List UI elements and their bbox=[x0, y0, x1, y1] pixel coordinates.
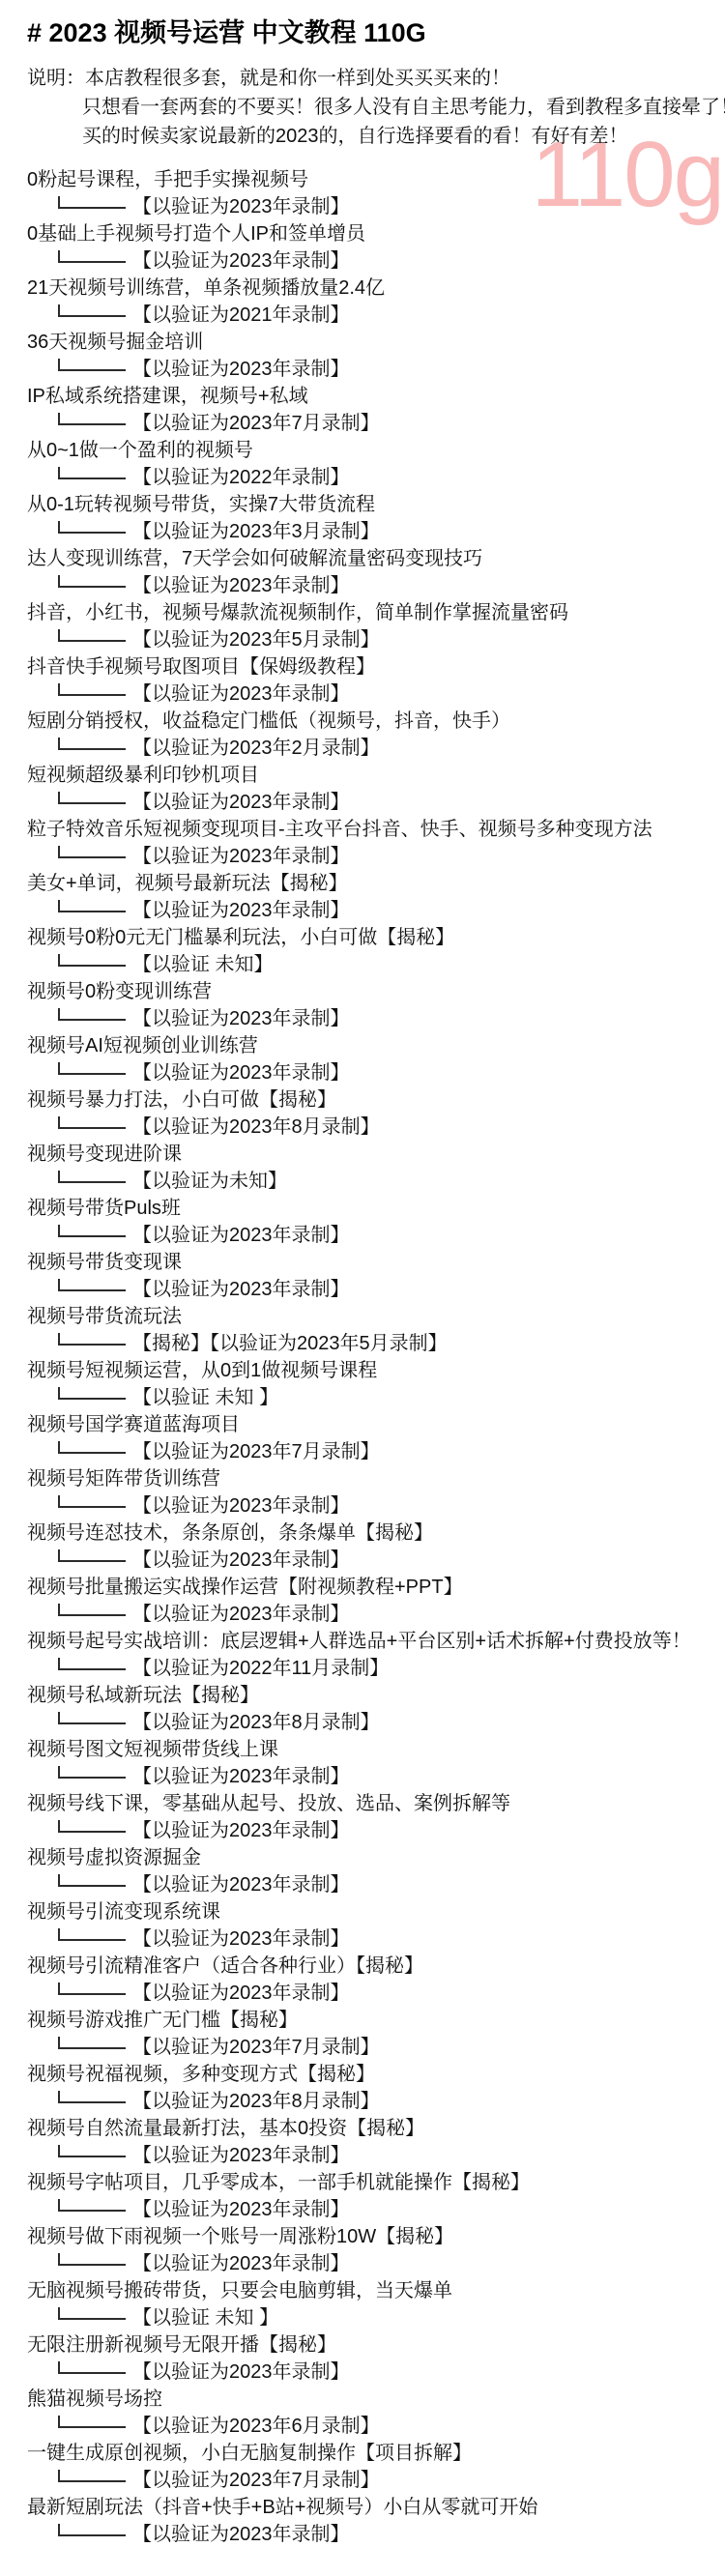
course-title: 视频号短视频运营，从0到1做视频号课程 bbox=[27, 1357, 708, 1384]
tree-branch-icon bbox=[58, 2199, 126, 2212]
tree-branch-icon bbox=[58, 1604, 126, 1616]
course-note-row: 【以验证 未知 】 bbox=[27, 1384, 708, 1411]
course-note: 【以验证为2023年7月录制】 bbox=[132, 2470, 380, 2491]
tree-branch-icon bbox=[58, 1983, 126, 1995]
tree-branch-icon bbox=[58, 954, 126, 967]
course-item: 抖音快手视频号取图项目【保姆级教程】 【以验证为2023年录制】 bbox=[27, 653, 708, 708]
tree-branch-icon bbox=[58, 1712, 126, 1724]
course-item: 36天视频号掘金培训 【以验证为2023年录制】 bbox=[27, 329, 708, 383]
course-item: 视频号线下课，零基础从起号、投放、选品、案例拆解等 【以验证为2023年录制】 bbox=[27, 1790, 708, 1844]
course-title: 短剧分销授权，收益稳定门槛低（视频号，抖音，快手） bbox=[27, 708, 708, 735]
course-note: 【以验证为2023年7月录制】 bbox=[132, 2037, 380, 2058]
course-note-row: 【以验证为2023年录制】 bbox=[27, 1059, 708, 1086]
course-title: 视频号引流变现系统课 bbox=[27, 1898, 708, 1925]
page-title: # 2023 视频号运营 中文教程 110G bbox=[27, 14, 708, 52]
course-item: 视频号引流变现系统课 【以验证为2023年录制】 bbox=[27, 1898, 708, 1953]
course-note: 【以验证为2023年录制】 bbox=[132, 1983, 350, 2004]
tree-branch-icon bbox=[58, 1549, 126, 1562]
course-title: 视频号0粉变现训练营 bbox=[27, 978, 708, 1005]
course-note: 【以验证为2023年录制】 bbox=[132, 2524, 350, 2545]
course-title: 熊猫视频号场控 bbox=[27, 2386, 708, 2413]
course-note-row: 【以验证为2022年录制】 bbox=[27, 464, 708, 491]
course-note-row: 【以验证为2023年录制】 bbox=[27, 193, 708, 220]
course-item: 视频号批量搬运实战操作运营【附视频教程+PPT】 【以验证为2023年录制】 bbox=[27, 1574, 708, 1628]
course-item: 视频号游戏推广无门槛【揭秘】 【以验证为2023年7月录制】 bbox=[27, 2007, 708, 2061]
course-note: 【以验证为2021年录制】 bbox=[132, 304, 350, 326]
course-item: 视频号祝福视频，多种变现方式【揭秘】 【以验证为2023年8月录制】 bbox=[27, 2061, 708, 2115]
course-note: 【以验证为2023年录制】 bbox=[132, 2145, 350, 2166]
course-note: 【以验证为2023年2月录制】 bbox=[132, 738, 380, 759]
course-title: 视频号引流精准客户（适合各种行业）【揭秘】 bbox=[27, 1953, 708, 1980]
course-note-row: 【以验证为2023年录制】 bbox=[27, 843, 708, 870]
tree-branch-icon bbox=[58, 196, 126, 209]
tree-branch-icon bbox=[58, 1225, 126, 1237]
course-item: 视频号0粉0元无门槛暴利玩法，小白可做【揭秘】 【以验证 未知】 bbox=[27, 924, 708, 978]
tree-branch-icon bbox=[58, 2091, 126, 2103]
course-item: 最新短剧玩法（抖音+快手+B站+视频号）小白从零就可开始 【以验证为2023年录… bbox=[27, 2494, 708, 2548]
course-item: 美女+单词，视频号最新玩法【揭秘】 【以验证为2023年录制】 bbox=[27, 870, 708, 924]
note-line-1: 说明：本店教程很多套，就是和你一样到处买买买来的！ bbox=[27, 64, 708, 93]
course-item: 视频号虚拟资源掘金 【以验证为2023年录制】 bbox=[27, 1844, 708, 1898]
course-item: 粒子特效音乐短视频变现项目-主攻平台抖音、快手、视频号多种变现方法 【以验证为2… bbox=[27, 816, 708, 870]
course-item: 从0-1玩转视频号带货，实操7大带货流程 【以验证为2023年3月录制】 bbox=[27, 491, 708, 545]
course-note: 【以验证为2023年录制】 bbox=[132, 2199, 350, 2220]
tree-branch-icon bbox=[58, 2307, 126, 2320]
course-item: 视频号短视频运营，从0到1做视频号课程 【以验证 未知 】 bbox=[27, 1357, 708, 1411]
tree-branch-icon bbox=[58, 2361, 126, 2374]
course-note-row: 【揭秘】【以验证为2023年5月录制】 bbox=[27, 1330, 708, 1357]
course-note-row: 【以验证为2023年录制】 bbox=[27, 680, 708, 708]
course-note-row: 【以验证 未知】 bbox=[27, 951, 708, 978]
course-note-row: 【以验证为2023年5月录制】 bbox=[27, 626, 708, 653]
course-note-row: 【以验证为2023年8月录制】 bbox=[27, 2088, 708, 2115]
course-title: 视频号字帖项目，几乎零成本，一部手机就能操作【揭秘】 bbox=[27, 2169, 708, 2196]
course-item: 视频号暴力打法，小白可做【揭秘】 【以验证为2023年8月录制】 bbox=[27, 1086, 708, 1141]
course-title: 视频号虚拟资源掘金 bbox=[27, 1844, 708, 1871]
tree-branch-icon bbox=[58, 2253, 126, 2266]
course-note: 【以验证为2023年录制】 bbox=[132, 2253, 350, 2274]
course-note-row: 【以验证为2023年录制】 bbox=[27, 1492, 708, 1520]
course-note-row: 【以验证为2023年8月录制】 bbox=[27, 1709, 708, 1736]
course-item: 视频号国学赛道蓝海项目 【以验证为2023年7月录制】 bbox=[27, 1411, 708, 1465]
course-item: 视频号私域新玩法【揭秘】 【以验证为2023年8月录制】 bbox=[27, 1682, 708, 1736]
course-title: 从0~1做一个盈利的视频号 bbox=[27, 437, 708, 464]
course-title: 视频号自然流量最新打法，基本0投资【揭秘】 bbox=[27, 2115, 708, 2142]
course-note: 【以验证为2023年录制】 bbox=[132, 1225, 350, 1246]
course-note: 【以验证为2023年6月录制】 bbox=[132, 2416, 380, 2437]
course-item: 无脑视频号搬砖带货，只要会电脑剪辑，当天爆单 【以验证 未知 】 bbox=[27, 2277, 708, 2331]
note-text-1: 本店教程很多套，就是和你一样到处买买买来的！ bbox=[85, 68, 510, 89]
course-note: 【以验证为2023年录制】 bbox=[132, 1062, 350, 1084]
course-item: 视频号起号实战培训：底层逻辑+人群选品+平台区别+话术拆解+付费投放等！ 【以验… bbox=[27, 1628, 708, 1682]
tree-branch-icon bbox=[58, 413, 126, 425]
course-note-row: 【以验证为2023年2月录制】 bbox=[27, 735, 708, 762]
course-note: 【以验证为2023年8月录制】 bbox=[132, 1116, 380, 1138]
course-note: 【以验证为2022年11月录制】 bbox=[132, 1658, 389, 1679]
course-note-row: 【以验证为2023年7月录制】 bbox=[27, 2034, 708, 2061]
course-note: 【以验证为2023年8月录制】 bbox=[132, 1712, 380, 1733]
course-title: 视频号带货变现课 bbox=[27, 1249, 708, 1276]
course-note-row: 【以验证为2023年录制】 bbox=[27, 1925, 708, 1953]
course-title: 0粉起号课程，手把手实操视频号 bbox=[27, 166, 708, 193]
course-note-row: 【以验证为2023年录制】 bbox=[27, 2250, 708, 2277]
course-note-row: 【以验证为未知】 bbox=[27, 1168, 708, 1195]
tree-branch-icon bbox=[58, 1171, 126, 1183]
tree-branch-icon bbox=[58, 792, 126, 804]
tree-branch-icon bbox=[58, 1928, 126, 1941]
tree-branch-icon bbox=[58, 2416, 126, 2428]
course-title: 抖音，小红书，视频号爆款流视频制作，简单制作掌握流量密码 bbox=[27, 599, 708, 626]
course-title: 从0-1玩转视频号带货，实操7大带货流程 bbox=[27, 491, 708, 518]
course-title: IP私域系统搭建课，视频号+私域 bbox=[27, 383, 708, 410]
course-note: 【以验证为2023年录制】 bbox=[132, 359, 350, 380]
course-item: 0粉起号课程，手把手实操视频号 【以验证为2023年录制】 bbox=[27, 166, 708, 220]
course-title: 视频号私域新玩法【揭秘】 bbox=[27, 1682, 708, 1709]
course-note: 【以验证为2023年录制】 bbox=[132, 1820, 350, 1841]
course-title: 粒子特效音乐短视频变现项目-主攻平台抖音、快手、视频号多种变现方法 bbox=[27, 816, 708, 843]
course-item: 21天视频号训练营，单条视频播放量2.4亿 【以验证为2021年录制】 bbox=[27, 275, 708, 329]
tree-branch-icon bbox=[58, 2037, 126, 2049]
course-note-row: 【以验证为2023年3月录制】 bbox=[27, 518, 708, 545]
course-title: 视频号游戏推广无门槛【揭秘】 bbox=[27, 2007, 708, 2034]
course-note: 【以验证为2022年录制】 bbox=[132, 467, 350, 488]
tree-branch-icon bbox=[58, 1062, 126, 1075]
tree-branch-icon bbox=[58, 629, 126, 642]
course-note: 【以验证为2023年录制】 bbox=[132, 575, 350, 596]
tree-branch-icon bbox=[58, 2470, 126, 2482]
course-note: 【以验证为2023年录制】 bbox=[132, 900, 350, 921]
course-item: 视频号字帖项目，几乎零成本，一部手机就能操作【揭秘】 【以验证为2023年录制】 bbox=[27, 2169, 708, 2223]
course-item: 视频号AI短视频创业训练营 【以验证为2023年录制】 bbox=[27, 1032, 708, 1086]
course-note-row: 【以验证为2023年录制】 bbox=[27, 1547, 708, 1574]
course-list: 0粉起号课程，手把手实操视频号 【以验证为2023年录制】 0基础上手视频号打造… bbox=[27, 166, 708, 2548]
course-item: 视频号连怼技术，条条原创，条条爆单【揭秘】 【以验证为2023年录制】 bbox=[27, 1520, 708, 1574]
course-note-row: 【以验证为2023年录制】 bbox=[27, 1276, 708, 1303]
course-item: 从0~1做一个盈利的视频号 【以验证为2022年录制】 bbox=[27, 437, 708, 491]
course-title: 视频号批量搬运实战操作运营【附视频教程+PPT】 bbox=[27, 1574, 708, 1601]
course-note: 【以验证 未知】 bbox=[132, 954, 274, 975]
course-note: 【以验证为2023年8月录制】 bbox=[132, 2091, 380, 2112]
course-item: 视频号带货变现课 【以验证为2023年录制】 bbox=[27, 1249, 708, 1303]
tree-branch-icon bbox=[58, 683, 126, 696]
course-title: 视频号变现进阶课 bbox=[27, 1141, 708, 1168]
course-note: 【以验证为2023年录制】 bbox=[132, 683, 350, 705]
course-title: 视频号连怼技术，条条原创，条条爆单【揭秘】 bbox=[27, 1520, 708, 1547]
course-title: 21天视频号训练营，单条视频播放量2.4亿 bbox=[27, 275, 708, 302]
tree-branch-icon bbox=[58, 738, 126, 750]
tree-branch-icon bbox=[58, 1333, 126, 1346]
course-note-row: 【以验证为2023年录制】 bbox=[27, 1817, 708, 1844]
note-line-2: 只想看一套两套的不要买！很多人没有自主思考能力，看到教程多直接晕了！ bbox=[27, 93, 708, 122]
tree-branch-icon bbox=[58, 1820, 126, 1833]
course-note: 【以验证为2023年录制】 bbox=[132, 1279, 350, 1300]
course-note: 【以验证为2023年录制】 bbox=[132, 1604, 350, 1625]
course-item: 短视频超级暴利印钞机项目 【以验证为2023年录制】 bbox=[27, 762, 708, 816]
course-title: 最新短剧玩法（抖音+快手+B站+视频号）小白从零就可开始 bbox=[27, 2494, 708, 2521]
course-item: 视频号图文短视频带货线上课 【以验证为2023年录制】 bbox=[27, 1736, 708, 1790]
course-item: 视频号变现进阶课 【以验证为未知】 bbox=[27, 1141, 708, 1195]
course-note: 【以验证 未知 】 bbox=[132, 2307, 278, 2329]
course-title: 视频号带货流玩法 bbox=[27, 1303, 708, 1330]
tree-branch-icon bbox=[58, 1658, 126, 1670]
course-note: 【以验证为2023年录制】 bbox=[132, 196, 350, 217]
tree-branch-icon bbox=[58, 521, 126, 534]
course-note-row: 【以验证为2023年录制】 bbox=[27, 572, 708, 599]
course-item: 熊猫视频号场控 【以验证为2023年6月录制】 bbox=[27, 2386, 708, 2440]
course-item: 抖音，小红书，视频号爆款流视频制作，简单制作掌握流量密码 【以验证为2023年5… bbox=[27, 599, 708, 653]
tree-branch-icon bbox=[58, 1495, 126, 1508]
course-note-row: 【以验证为2023年录制】 bbox=[27, 2142, 708, 2169]
course-note: 【以验证为2023年5月录制】 bbox=[132, 629, 380, 651]
tree-branch-icon bbox=[58, 1116, 126, 1129]
course-title: 视频号国学赛道蓝海项目 bbox=[27, 1411, 708, 1438]
course-item: 视频号自然流量最新打法，基本0投资【揭秘】 【以验证为2023年录制】 bbox=[27, 2115, 708, 2169]
course-title: 视频号暴力打法，小白可做【揭秘】 bbox=[27, 1086, 708, 1114]
course-note-row: 【以验证为2023年录制】 bbox=[27, 1222, 708, 1249]
course-item: 视频号矩阵带货训练营 【以验证为2023年录制】 bbox=[27, 1465, 708, 1520]
course-note-row: 【以验证为2023年录制】 bbox=[27, 1871, 708, 1898]
course-note-row: 【以验证为2023年7月录制】 bbox=[27, 2467, 708, 2494]
course-note: 【以验证为2023年3月录制】 bbox=[132, 521, 380, 542]
course-title: 达人变现训练营，7天学会如何破解流量密码变现技巧 bbox=[27, 545, 708, 572]
tree-branch-icon bbox=[58, 1008, 126, 1021]
tree-branch-icon bbox=[58, 1279, 126, 1291]
tree-branch-icon bbox=[58, 467, 126, 479]
tree-branch-icon bbox=[58, 575, 126, 588]
note-label: 说明： bbox=[27, 68, 85, 89]
tree-branch-icon bbox=[58, 2145, 126, 2157]
tree-branch-icon bbox=[58, 1874, 126, 1887]
document-page: # 2023 视频号运营 中文教程 110G 说明：本店教程很多套，就是和你一样… bbox=[0, 0, 725, 2548]
course-item: 视频号0粉变现训练营 【以验证为2023年录制】 bbox=[27, 978, 708, 1032]
tree-branch-icon bbox=[58, 1441, 126, 1454]
course-title: 视频号做下雨视频一个账号一周涨粉10W【揭秘】 bbox=[27, 2223, 708, 2250]
course-title: 短视频超级暴利印钞机项目 bbox=[27, 762, 708, 789]
course-note: 【以验证为2023年录制】 bbox=[132, 250, 350, 272]
course-note-row: 【以验证为2021年录制】 bbox=[27, 302, 708, 329]
note: 说明：本店教程很多套，就是和你一样到处买买买来的！ 只想看一套两套的不要买！很多… bbox=[27, 64, 708, 151]
course-note-row: 【以验证为2023年录制】 bbox=[27, 1980, 708, 2007]
course-note: 【以验证为2023年录制】 bbox=[132, 1495, 350, 1517]
course-note-row: 【以验证为2023年录制】 bbox=[27, 789, 708, 816]
tree-branch-icon bbox=[58, 2524, 126, 2536]
course-note: 【以验证为2023年录制】 bbox=[132, 846, 350, 867]
course-note: 【揭秘】【以验证为2023年5月录制】 bbox=[132, 1333, 448, 1354]
course-note: 【以验证 未知 】 bbox=[132, 1387, 278, 1408]
course-note-row: 【以验证为2023年7月录制】 bbox=[27, 1438, 708, 1465]
course-title: 视频号起号实战培训：底层逻辑+人群选品+平台区别+话术拆解+付费投放等！ bbox=[27, 1628, 708, 1655]
course-title: 视频号线下课，零基础从起号、投放、选品、案例拆解等 bbox=[27, 1790, 708, 1817]
course-title: 视频号祝福视频，多种变现方式【揭秘】 bbox=[27, 2061, 708, 2088]
course-note-row: 【以验证为2023年录制】 bbox=[27, 1601, 708, 1628]
course-note: 【以验证为2023年录制】 bbox=[132, 2361, 350, 2383]
course-title: 0基础上手视频号打造个人IP和签单增员 bbox=[27, 220, 708, 247]
course-title: 视频号0粉0元无门槛暴利玩法，小白可做【揭秘】 bbox=[27, 924, 708, 951]
course-title: 视频号图文短视频带货线上课 bbox=[27, 1736, 708, 1763]
course-note-row: 【以验证为2023年录制】 bbox=[27, 356, 708, 383]
course-item: 达人变现训练营，7天学会如何破解流量密码变现技巧 【以验证为2023年录制】 bbox=[27, 545, 708, 599]
course-note: 【以验证为2023年录制】 bbox=[132, 1766, 350, 1787]
course-note: 【以验证为2023年7月录制】 bbox=[132, 413, 380, 434]
course-note: 【以验证为2023年录制】 bbox=[132, 792, 350, 813]
course-item: 视频号带货Puls班 【以验证为2023年录制】 bbox=[27, 1195, 708, 1249]
course-note-row: 【以验证为2023年6月录制】 bbox=[27, 2413, 708, 2440]
course-note: 【以验证为2023年录制】 bbox=[132, 1874, 350, 1896]
course-title: 一键生成原创视频，小白无脑复制操作【项目拆解】 bbox=[27, 2440, 708, 2467]
tree-branch-icon bbox=[58, 1387, 126, 1400]
course-note-row: 【以验证为2022年11月录制】 bbox=[27, 1655, 708, 1682]
course-title: 抖音快手视频号取图项目【保姆级教程】 bbox=[27, 653, 708, 680]
course-note: 【以验证为2023年录制】 bbox=[132, 1008, 350, 1029]
course-note-row: 【以验证为2023年7月录制】 bbox=[27, 410, 708, 437]
course-title: 无限注册新视频号无限开播【揭秘】 bbox=[27, 2331, 708, 2359]
course-note-row: 【以验证为2023年录制】 bbox=[27, 897, 708, 924]
course-title: 36天视频号掘金培训 bbox=[27, 329, 708, 356]
course-item: 视频号带货流玩法 【揭秘】【以验证为2023年5月录制】 bbox=[27, 1303, 708, 1357]
course-item: 0基础上手视频号打造个人IP和签单增员 【以验证为2023年录制】 bbox=[27, 220, 708, 275]
tree-branch-icon bbox=[58, 1766, 126, 1779]
course-item: 视频号做下雨视频一个账号一周涨粉10W【揭秘】 【以验证为2023年录制】 bbox=[27, 2223, 708, 2277]
tree-branch-icon bbox=[58, 846, 126, 858]
tree-branch-icon bbox=[58, 250, 126, 263]
course-item: 视频号引流精准客户（适合各种行业）【揭秘】 【以验证为2023年录制】 bbox=[27, 1953, 708, 2007]
tree-branch-icon bbox=[58, 359, 126, 371]
course-title: 美女+单词，视频号最新玩法【揭秘】 bbox=[27, 870, 708, 897]
course-note: 【以验证为未知】 bbox=[132, 1171, 287, 1192]
course-item: IP私域系统搭建课，视频号+私域 【以验证为2023年7月录制】 bbox=[27, 383, 708, 437]
course-note: 【以验证为2023年录制】 bbox=[132, 1928, 350, 1950]
course-note-row: 【以验证为2023年录制】 bbox=[27, 1763, 708, 1790]
course-note-row: 【以验证为2023年8月录制】 bbox=[27, 1114, 708, 1141]
course-title: 视频号矩阵带货训练营 bbox=[27, 1465, 708, 1492]
course-note-row: 【以验证 未知 】 bbox=[27, 2304, 708, 2331]
tree-branch-icon bbox=[58, 304, 126, 317]
course-note-row: 【以验证为2023年录制】 bbox=[27, 247, 708, 275]
course-item: 无限注册新视频号无限开播【揭秘】 【以验证为2023年录制】 bbox=[27, 2331, 708, 2386]
course-note-row: 【以验证为2023年录制】 bbox=[27, 2196, 708, 2223]
course-item: 一键生成原创视频，小白无脑复制操作【项目拆解】 【以验证为2023年7月录制】 bbox=[27, 2440, 708, 2494]
course-title: 视频号AI短视频创业训练营 bbox=[27, 1032, 708, 1059]
course-title: 无脑视频号搬砖带货，只要会电脑剪辑，当天爆单 bbox=[27, 2277, 708, 2304]
course-title: 视频号带货Puls班 bbox=[27, 1195, 708, 1222]
course-note-row: 【以验证为2023年录制】 bbox=[27, 1005, 708, 1032]
course-note-row: 【以验证为2023年录制】 bbox=[27, 2359, 708, 2386]
course-item: 短剧分销授权，收益稳定门槛低（视频号，抖音，快手） 【以验证为2023年2月录制… bbox=[27, 708, 708, 762]
course-note: 【以验证为2023年7月录制】 bbox=[132, 1441, 380, 1462]
tree-branch-icon bbox=[58, 900, 126, 912]
course-note-row: 【以验证为2023年录制】 bbox=[27, 2521, 708, 2548]
course-note: 【以验证为2023年录制】 bbox=[132, 1549, 350, 1571]
note-line-3: 买的时候卖家说最新的2023的，自行选择要看的看！有好有差！ bbox=[27, 122, 708, 151]
